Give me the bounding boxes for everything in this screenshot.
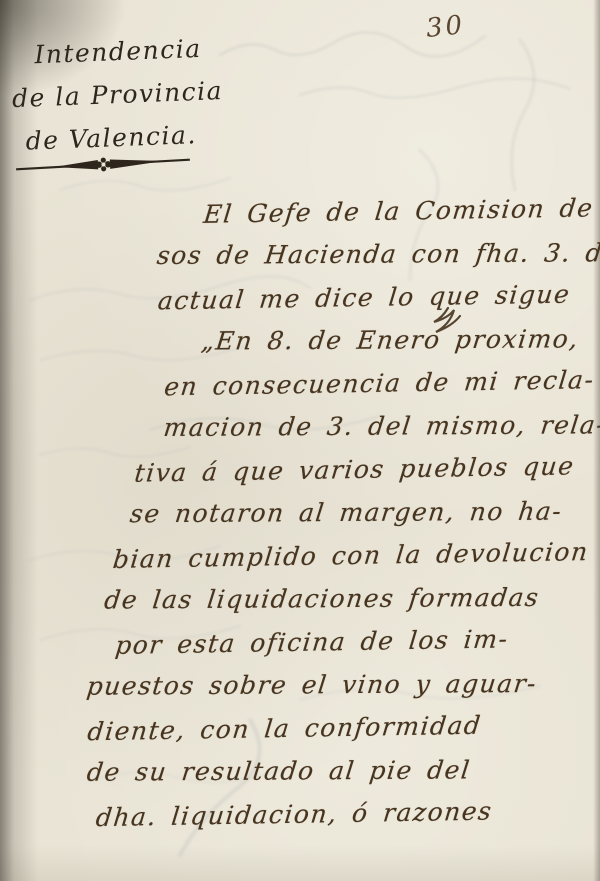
manuscript-line: sos de Hacienda con fha. 3. del	[155, 231, 600, 277]
manuscript-line: por esta oficina de los im-	[113, 616, 588, 667]
manuscript-line: se notaron al margen, no ha-	[128, 489, 600, 535]
manuscript-line: dha. liquidacion, ó razones	[94, 788, 569, 839]
manuscript-line: tiva á que varios pueblos que	[132, 444, 600, 495]
manuscript-line: en consecuencia de mi recla-	[162, 358, 600, 409]
manuscript-line: bian cumplido con la devolucion	[111, 530, 598, 581]
letterhead-line-1: Intendencia	[34, 26, 230, 76]
manuscript-body: El Gefe de la Comision de atra- sos de H…	[64, 187, 600, 838]
letterhead-line-2: de la Provincia	[11, 69, 230, 120]
manuscript-page: Intendencia de la Provincia de Valencia.…	[0, 0, 600, 881]
manuscript-line: „En 8. de Enero proximo,	[199, 317, 600, 363]
manuscript-line: El Gefe de la Comision de atra-	[201, 186, 600, 236]
manuscript-line: puestos sobre el vino y aguar-	[84, 662, 583, 708]
folio-number: 30	[425, 10, 467, 44]
letterhead: Intendencia de la Provincia de Valencia.	[8, 26, 233, 163]
manuscript-line: de su resultado al pie del	[85, 748, 574, 794]
pen-flourish-icon	[418, 306, 466, 342]
manuscript-line: actual me dice lo que sigue	[156, 272, 600, 323]
manuscript-line: macion de 3. del mismo, rela-	[161, 403, 600, 449]
manuscript-line: diente, con la conformidad	[85, 702, 578, 753]
manuscript-line: de las liquidaciones formadas	[102, 576, 593, 622]
